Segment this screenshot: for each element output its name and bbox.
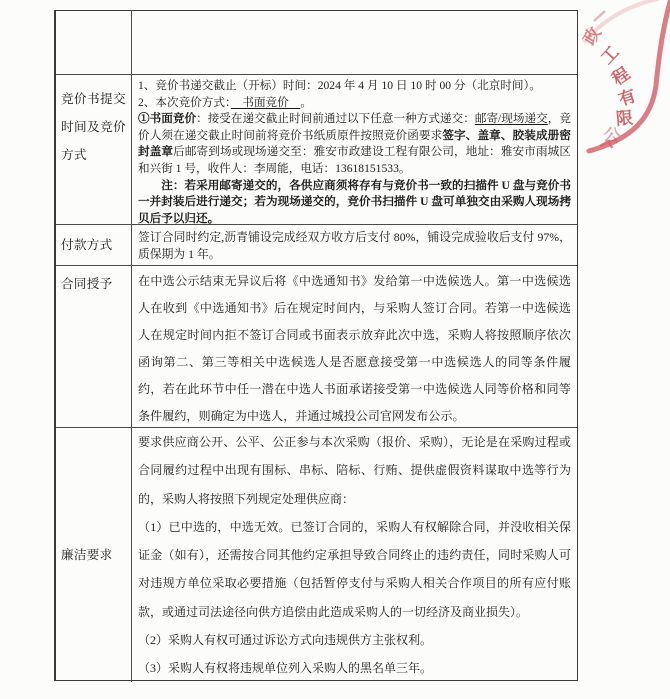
text-segment: 1、竞价书递交截止（开标）时间：2024 年 4 月 10 日 10 时 00 … [138, 79, 541, 92]
paragraph: 1、竞价书递交截止（开标）时间：2024 年 4 月 10 日 10 时 00 … [138, 78, 571, 95]
seal-character: 限 [615, 108, 634, 128]
seal-character: 程 [608, 63, 633, 89]
table-row-submission: 竞价书提交时间及竞价方式 1、竞价书递交截止（开标）时间：2024 年 4 月 … [56, 74, 577, 224]
paragraph: 注：若采用邮寄递交的，各供应商须将存有与竞价书一致的扫描件 U 盘与竞价书一并封… [138, 178, 571, 228]
row-content-cell: 签订合同时约定,沥青铺设完成经双方收方后支付 80%，铺设完成验收后支付 97%… [132, 225, 577, 265]
row-label: 竞价书提交时间及竞价方式 [61, 85, 126, 169]
text-segment: （2）采购人有权可通过诉讼方式向违规供方主张权利。 [138, 633, 432, 647]
row-content-cell: 1、竞价书递交截止（开标）时间：2024 年 4 月 10 日 10 时 00 … [132, 75, 577, 224]
row-label-cell: 付款方式 [56, 225, 132, 265]
text-segment: 注：若采用邮寄递交的，各供应商须将存有与竞价书一致的扫描件 U 盘与竞价书一并封… [138, 179, 571, 225]
paragraph: 2、本次竞价方式： 书面竞价 。 [138, 95, 571, 112]
paragraph: 签订合同时约定,沥青铺设完成经双方收方后支付 80%，铺设完成验收后支付 97%… [138, 229, 571, 263]
row-content-cell: 在中选公示结束无异议后将《中选通知书》发给第一中选候选人。第一中选候选人在收到《… [132, 266, 577, 427]
text-segment: 。 [300, 96, 312, 109]
seal-ink-mark [594, 11, 605, 21]
row-label: 付款方式 [61, 237, 126, 253]
row-content-cell: 要求供应商公开、公平、公正参与本次采购（报价、采购），无论是在采购过程或合同履约… [132, 428, 577, 682]
text-segment: 后邮寄到场或现场递交至：雅安市政建设工程有限公司，地址：雅安市雨城区和兴街 1 … [138, 145, 571, 175]
paragraph: ①书面竞价：接受在递交截止时间前通过以下任意一种方式递交：邮寄/现场递交，竞价人… [138, 111, 571, 177]
seal-ring-arc [589, 0, 670, 151]
text-segment: 邮寄/现场递交 [475, 112, 548, 125]
text-segment: 书面竞价 [231, 96, 301, 109]
table-row-contract-award: 合同授予 在中选公示结束无异议后将《中选通知书》发给第一中选候选人。第一中选候选… [56, 265, 577, 427]
text-segment: 2、本次竞价方式： [138, 96, 231, 109]
bidding-terms-table: 竞价书提交时间及竞价方式 1、竞价书递交截止（开标）时间：2024 年 4 月 … [54, 10, 578, 681]
paragraph: （1）已中选的，中选无效。已签订合同的，采购人有权解除合同，并没收相关保证金（如… [138, 513, 571, 626]
seal-ring-arc-faint [585, 0, 657, 41]
text-segment: 在中选公示结束无异议后将《中选通知书》发给第一中选候选人。第一中选候选人在收到《… [138, 274, 571, 423]
table-row-integrity: 廉洁要求 要求供应商公开、公平、公正参与本次采购（报价、采购），无论是在采购过程… [56, 427, 577, 682]
text-segment: （3）采购人有权将违规单位列入采购人的黑名单三年。 [138, 661, 432, 675]
row-label: 廉洁要求 [61, 541, 126, 569]
row-label: 合同授予 [61, 270, 126, 298]
table-row-empty [56, 11, 577, 74]
row-label-cell: 竞价书提交时间及竞价方式 [56, 75, 132, 224]
seal-ink-mark [600, 141, 612, 148]
seal-character: 工 [597, 43, 622, 68]
text-segment: 要求供应商公开、公平、公正参与本次采购（报价、采购），无论是在采购过程或合同履约… [138, 435, 571, 506]
text-segment: （1）已中选的，中选无效。已签订合同的，采购人有权解除合同，并没收相关保证金（如… [138, 520, 571, 619]
seal-character: 政 [579, 23, 605, 48]
text-segment: 签订合同时约定,沥青铺设完成经双方收方后支付 80%，铺设完成验收后支付 97%… [138, 230, 571, 261]
paragraph: 要求供应商公开、公平、公正参与本次采购（报价、采购），无论是在采购过程或合同履约… [138, 428, 571, 513]
paragraph: （2）采购人有权可通过诉讼方式向违规供方主张权利。 [138, 626, 571, 654]
paragraph: 在中选公示结束无异议后将《中选通知书》发给第一中选候选人。第一中选候选人在收到《… [138, 268, 571, 430]
row-content-cell [132, 11, 577, 74]
row-label-cell: 廉洁要求 [56, 428, 132, 682]
seal-character: 有 [616, 85, 639, 109]
seal-character: 公 [602, 125, 621, 146]
text-segment: ①书面竞价 [138, 112, 196, 125]
row-label-cell [56, 11, 132, 74]
scanned-document-page: 竞价书提交时间及竞价方式 1、竞价书递交截止（开标）时间：2024 年 4 月 … [0, 0, 670, 699]
paragraph: （3）采购人有权将违规单位列入采购人的黑名单三年。 [138, 654, 571, 682]
text-segment: ：接受在递交截止时间前通过以下任意一种方式递交： [196, 112, 475, 125]
row-label-cell: 合同授予 [56, 266, 132, 427]
table-row-payment: 付款方式 签订合同时约定,沥青铺设完成经双方收方后支付 80%，铺设完成验收后支… [56, 224, 577, 265]
